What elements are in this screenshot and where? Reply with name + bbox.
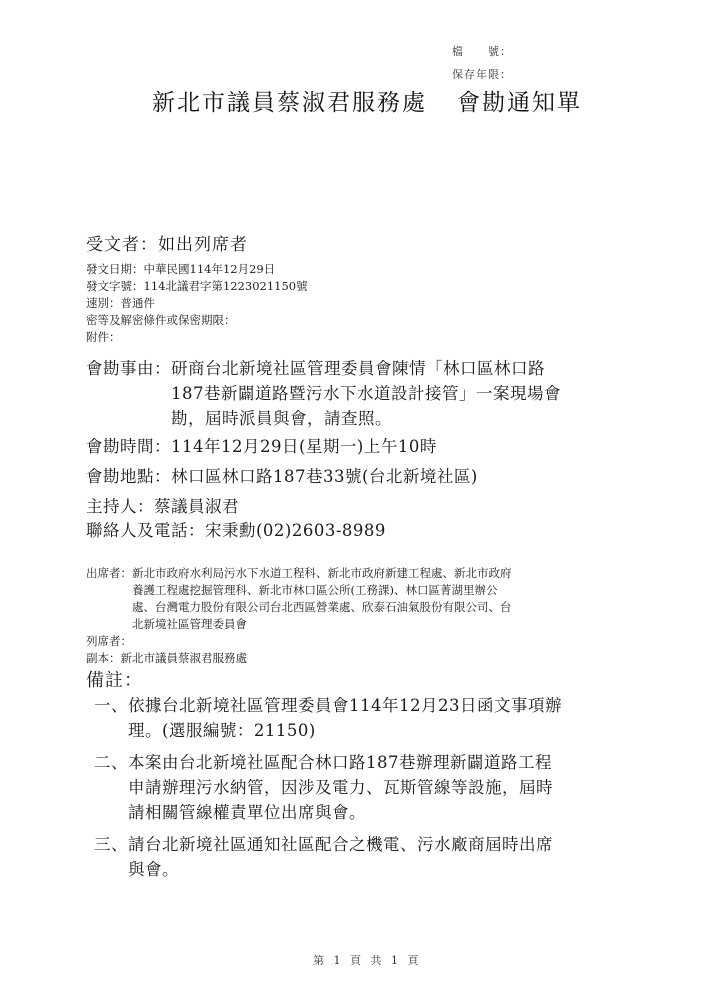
notes-list: 一、 依據台北新境社區管理委員會114年12月23日函文事項辦 理。(選服編號：… — [74, 693, 634, 882]
attendees-label: 出席者： — [86, 565, 132, 633]
info-date: 發文日期：中華民國114年12月29日 — [86, 261, 308, 278]
retention-label: 保存年限： — [452, 66, 512, 82]
info-security: 密等及解密條件或保密期限： — [86, 312, 308, 329]
title-office: 新北市議員蔡淑君服務處 — [152, 90, 427, 116]
inspection-time: 會勘時間：114年12月29日(星期一)上午10時 — [86, 433, 437, 457]
subject-label: 會勘事由： — [86, 356, 171, 431]
info-speed: 速別：普通件 — [86, 295, 308, 312]
title-doc: 會勘通知單 — [457, 90, 582, 116]
observers: 列席者： — [86, 633, 247, 650]
inspection-location: 會勘地點：林口區林口路187巷33號(台北新境社區) — [86, 463, 478, 487]
file-number-label: 檔 號： — [452, 43, 512, 59]
inspection-subject: 會勘事由： 研商台北新境社區管理委員會陳情「林口區林口路 187巷新闢道路暨污水… — [86, 356, 561, 431]
recipient-label: 受文者： — [86, 235, 158, 255]
recipient: 受文者：如出列席者 — [86, 230, 248, 255]
attendees-list: 新北市政府水利局污水下水道工程科、新北市政府新建工程處、新北市政府 養護工程處挖… — [132, 565, 512, 633]
page-number: 第 1 頁 共 1 頁 — [313, 952, 421, 968]
attendees: 出席者： 新北市政府水利局污水下水道工程科、新北市政府新建工程處、新北市政府 養… — [86, 565, 512, 633]
info-attachment: 附件： — [86, 329, 308, 346]
note-item: 三、 請台北新境社區通知社區配合之機電、污水廠商屆時出席 與會。 — [74, 832, 634, 882]
observers-copy: 列席者： 副本：新北市議員蔡淑君服務處 — [86, 633, 247, 667]
notes-label: 備註： — [86, 666, 143, 692]
recipient-value: 如出列席者 — [158, 235, 248, 255]
contact: 聯絡人及電話：宋秉勳(02)2603-8989 — [86, 517, 386, 541]
note-item: 二、 本案由台北新境社區配合林口路187巷辦理新闢道路工程 申請辦理污水納管，因… — [74, 750, 634, 825]
copy-to: 副本：新北市議員蔡淑君服務處 — [86, 650, 247, 667]
document-info: 發文日期：中華民國114年12月29日 發文字號：114北議君字第1223021… — [86, 261, 308, 346]
page-title: 新北市議員蔡淑君服務處會勘通知單 — [152, 84, 582, 117]
note-item: 一、 依據台北新境社區管理委員會114年12月23日函文事項辦 理。(選服編號：… — [74, 693, 634, 743]
host: 主持人：蔡議員淑君 — [86, 493, 239, 517]
subject-text: 研商台北新境社區管理委員會陳情「林口區林口路 187巷新闢道路暨污水下水道設計接… — [171, 356, 561, 431]
info-doc-number: 發文字號：114北議君字第1223021150號 — [86, 278, 308, 295]
